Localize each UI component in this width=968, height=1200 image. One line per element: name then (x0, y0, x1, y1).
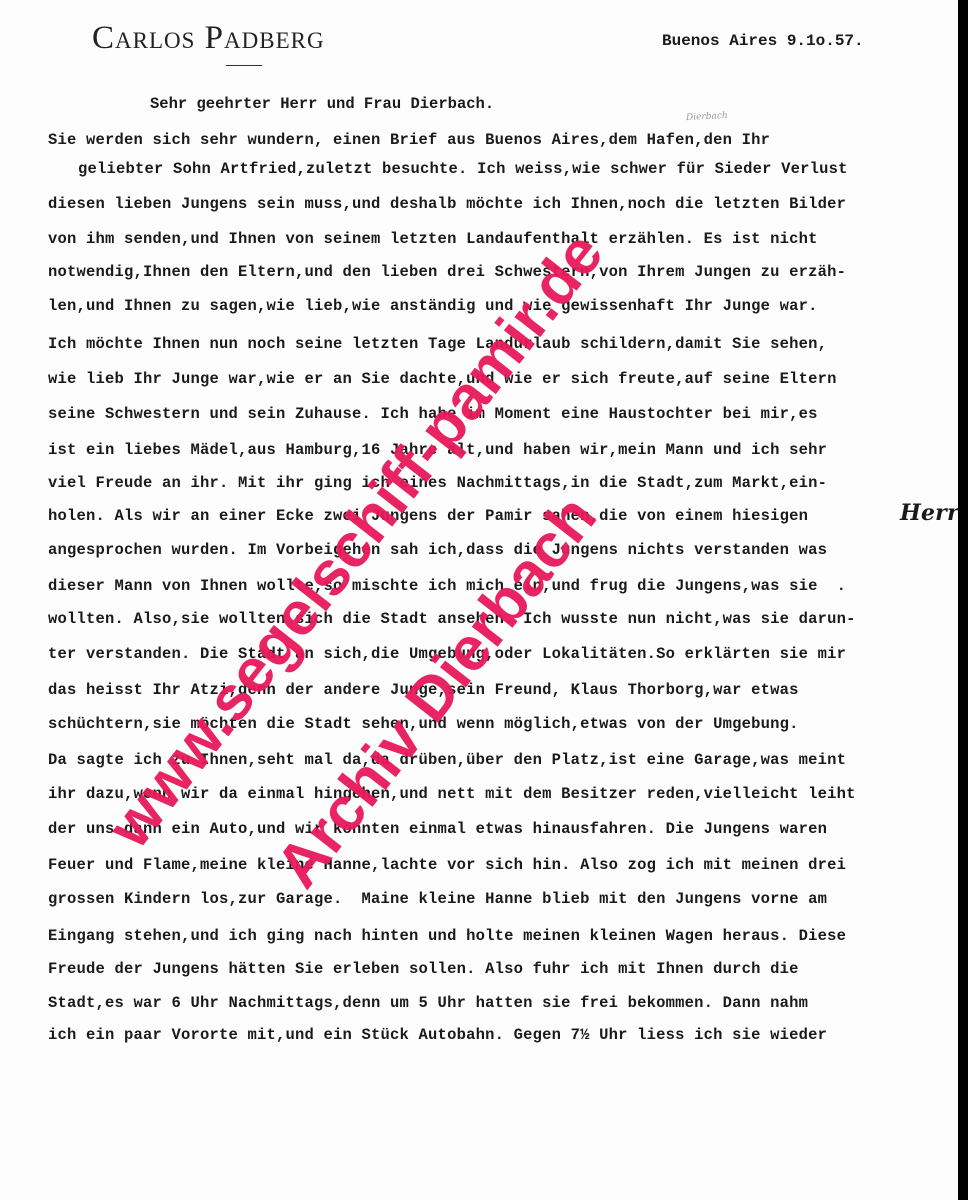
letter-line: angesprochen wurden. Im Vorbeigehen sah … (48, 541, 827, 559)
letter-line: Stadt,es war 6 Uhr Nachmittags,denn um 5… (48, 994, 808, 1012)
letterhead-rule (226, 65, 262, 66)
margin-note: Dierbach (686, 111, 728, 123)
letter-line: ich ein paar Vororte mit,und ein Stück A… (48, 1026, 827, 1044)
letter-line: Freude der Jungens hätten Sie erleben so… (48, 960, 799, 978)
letter-line: grossen Kindern los,zur Garage. Maine kl… (48, 890, 827, 908)
letter-line: Sie werden sich sehr wundern, einen Brie… (48, 131, 770, 149)
letter-line: geliebter Sohn Artfried,zuletzt besuchte… (78, 160, 848, 178)
letterhead-name: Carlos Padberg (92, 20, 325, 57)
salutation: Sehr geehrter Herr und Frau Dierbach. (150, 95, 494, 113)
letter-line: dieser Mann von Ihnen wollte,so mischte … (48, 577, 846, 595)
letter-line: Ich möchte Ihnen nun noch seine letzten … (48, 335, 827, 353)
letter-line: Eingang stehen,und ich ging nach hinten … (48, 927, 846, 945)
dateline: Buenos Aires 9.1o.57. (662, 32, 864, 50)
letter-line: notwendig,Ihnen den Eltern,und den liebe… (48, 263, 846, 281)
letter-line: Feuer und Flame,meine kleine Hanne,lacht… (48, 856, 846, 874)
letter-line: len,und Ihnen zu sagen,wie lieb,wie anst… (48, 297, 818, 315)
scan-edge (958, 0, 968, 1200)
letter-line: holen. Als wir an einer Ecke zwei Jungen… (48, 507, 808, 525)
letter-page: Carlos Padberg Buenos Aires 9.1o.57. Die… (0, 0, 958, 1200)
letter-line: diesen lieben Jungens sein muss,und desh… (48, 195, 846, 213)
letter-line: von ihm senden,und Ihnen von seinem letz… (48, 230, 818, 248)
